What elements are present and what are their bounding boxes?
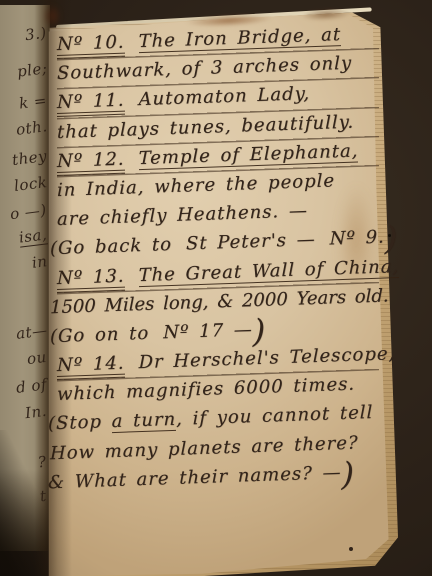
handwritten-segment: Dr Herschel's Telescope, [139,343,396,373]
handwritten-segment: Nº 9. [330,227,385,250]
handwritten-segment: Automaton Lady, [139,84,311,111]
handwritten-segment: ) [385,219,397,257]
handwritten-segment: ) [341,454,353,492]
handwritten-segment: Nº 17 — [163,319,253,343]
handwritten-segment: & What are their names? — [48,462,341,493]
handwritten-segment: St Peter's — [186,229,316,255]
gutter-shadow [34,0,72,576]
handwritten-segment: , if you cannot tell [176,402,373,430]
photo-of-notebook: 3.)ple;k =oth.theylocko —)isa,inat—oud o… [0,0,432,576]
ink-speck [349,547,353,551]
handwritten-segment: a turn [112,409,176,433]
handwriting: Nº 10.The Iron Bridge, atSouthwark, of 3… [57,19,379,497]
handwritten-segment: Temple of Elephanta, [139,140,359,170]
handwritten-segment: are chiefly Heathens. — [57,200,308,230]
handwritten-segment: The Iron Bridge, at [139,24,342,53]
